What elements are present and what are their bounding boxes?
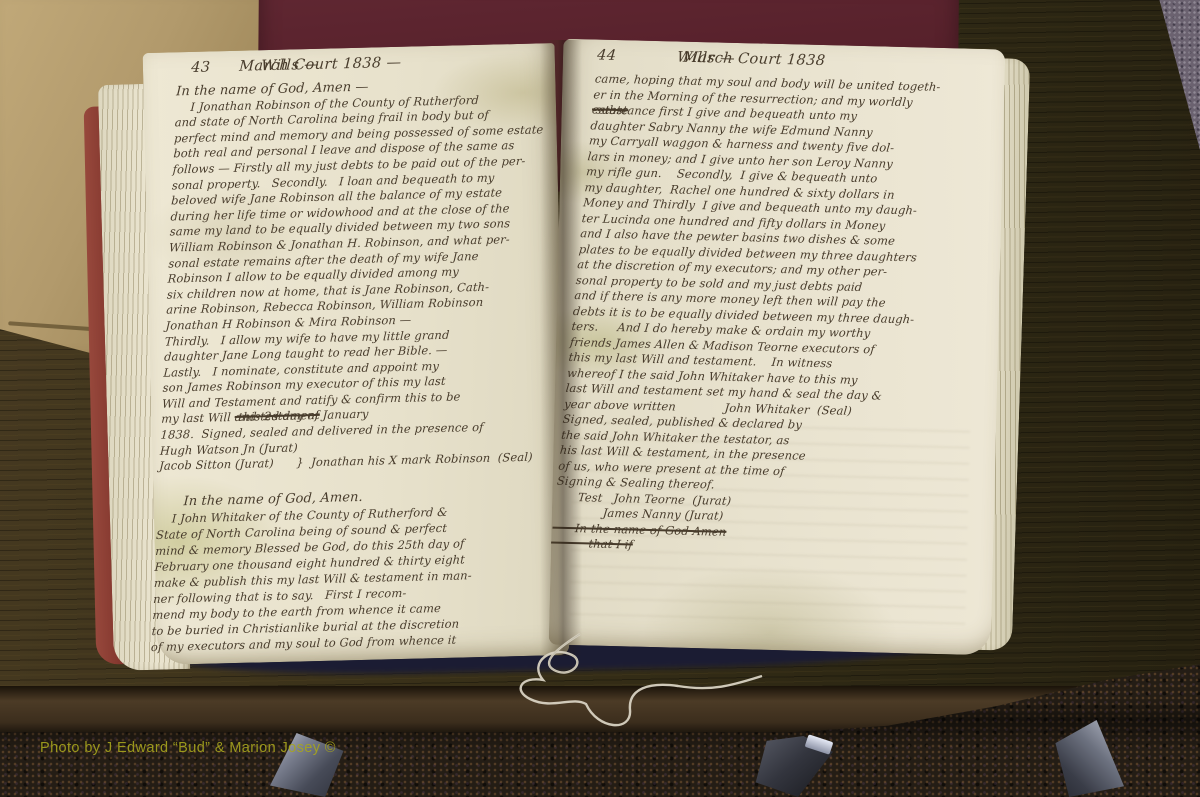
- right-page-number: 44: [596, 48, 617, 64]
- binding-thread: [480, 612, 810, 752]
- photograph-of-will-book: 43 Wills — March Court 1838 — In the nam…: [0, 0, 1200, 797]
- right-page-text: Wills — March Court 1838 44 came, hoping…: [542, 48, 1012, 647]
- right-header-court: March Court 1838: [682, 50, 826, 69]
- left-will-one-body: I Jonathan Robinson of the County of Rut…: [159, 91, 560, 475]
- right-page: Wills — March Court 1838 44 came, hoping…: [549, 39, 1006, 656]
- left-header-court: March Court 1838 —: [239, 55, 402, 75]
- photo-watermark: Photo by J Edward “Bud” & Marion Josey ©: [40, 740, 336, 756]
- left-page-number: 43: [191, 59, 211, 75]
- book-gutter-shadow: [540, 40, 582, 656]
- right-page-body: came, hoping that my soul and body will …: [550, 71, 1009, 561]
- left-page: 43 Wills — March Court 1838 — In the nam…: [143, 43, 570, 665]
- left-page-text: 43 Wills — March Court 1838 — In the nam…: [151, 51, 562, 657]
